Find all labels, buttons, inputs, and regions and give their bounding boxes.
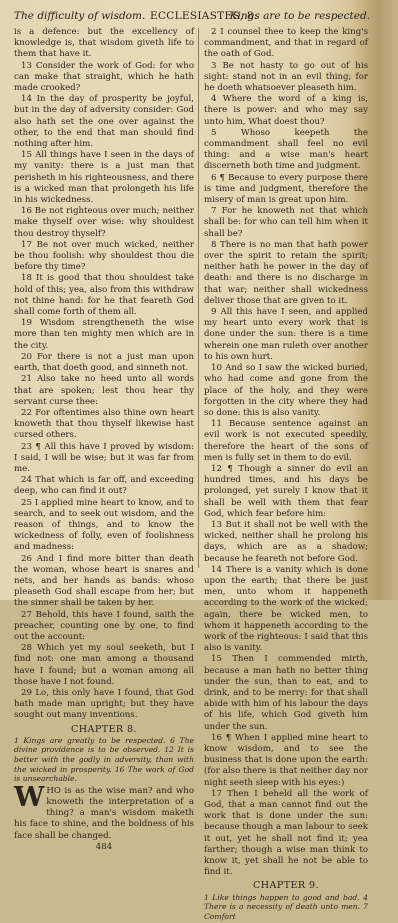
verse: is a defence: but the excellency of know… <box>14 27 194 61</box>
verse: 10 And so I saw the wicked buried, who h… <box>204 363 368 419</box>
verse: 21 Also take no heed unto all words that… <box>14 374 194 408</box>
verse: 26 And I find more bitter than death the… <box>14 554 194 600</box>
verse: 23 ¶ All this have I proved by wisdom: I… <box>14 442 194 476</box>
column-divider <box>198 28 199 568</box>
verse: 14 In the day of prosperity be joyful, b… <box>14 94 194 150</box>
verse: 12 ¶ Though a sinner do evil an hundred … <box>204 464 368 520</box>
book-page: The difficulty of wisdom. ECCLESIASTES, … <box>0 0 398 600</box>
header-right-title: Kings are to be respected. <box>230 10 370 22</box>
running-header: The difficulty of wisdom. ECCLESIASTES, … <box>14 10 370 24</box>
verse: 24 That which is far off, and exceeding … <box>14 475 194 497</box>
verse: 2 I counsel thee to keep the king's comm… <box>204 27 368 61</box>
verse: 6 ¶ Because to every purpose there is ti… <box>204 173 368 207</box>
verse: 18 It is good that thou shouldest take h… <box>14 273 194 318</box>
verse: 19 Wisdom strengtheneth the wise more th… <box>14 318 194 352</box>
verse: 20 For there is not a just man upon eart… <box>14 352 194 374</box>
verse: 4 Where the word of a king is, there is … <box>204 94 368 128</box>
verse: 15 All things have I seen in the days of… <box>14 150 194 206</box>
verse: 5 Whoso keepeth the commandment shall fe… <box>204 128 368 173</box>
verse: 14 There is a vanity which is done upon … <box>204 565 368 600</box>
left-column: is a defence: but the excellency of know… <box>14 27 194 600</box>
verse: 17 Be not over much wicked, neither be t… <box>14 240 194 274</box>
verse: 9 All this have I seen, and applied my h… <box>204 307 368 363</box>
verse: 11 Because sentence against an evil work… <box>204 419 368 464</box>
verse: 13 Consider the work of God: for who can… <box>14 61 194 95</box>
header-left-title: The difficulty of wisdom. <box>14 10 145 22</box>
verse: 22 For oftentimes also thine own heart k… <box>14 408 194 442</box>
verse: 25 I applied mine heart to know, and to … <box>14 498 194 554</box>
verse: 3 Be not hasty to go out of his sight: s… <box>204 61 368 95</box>
verse: 16 Be not righteous over much; neither m… <box>14 206 194 240</box>
verse: 13 But it shall not be well with the wic… <box>204 520 368 565</box>
verse: 8 There is no man that hath power over t… <box>204 240 368 307</box>
verse: 7 For he knoweth not that which shall be… <box>204 206 368 240</box>
right-column: 2 I counsel thee to keep the king's comm… <box>204 27 368 600</box>
